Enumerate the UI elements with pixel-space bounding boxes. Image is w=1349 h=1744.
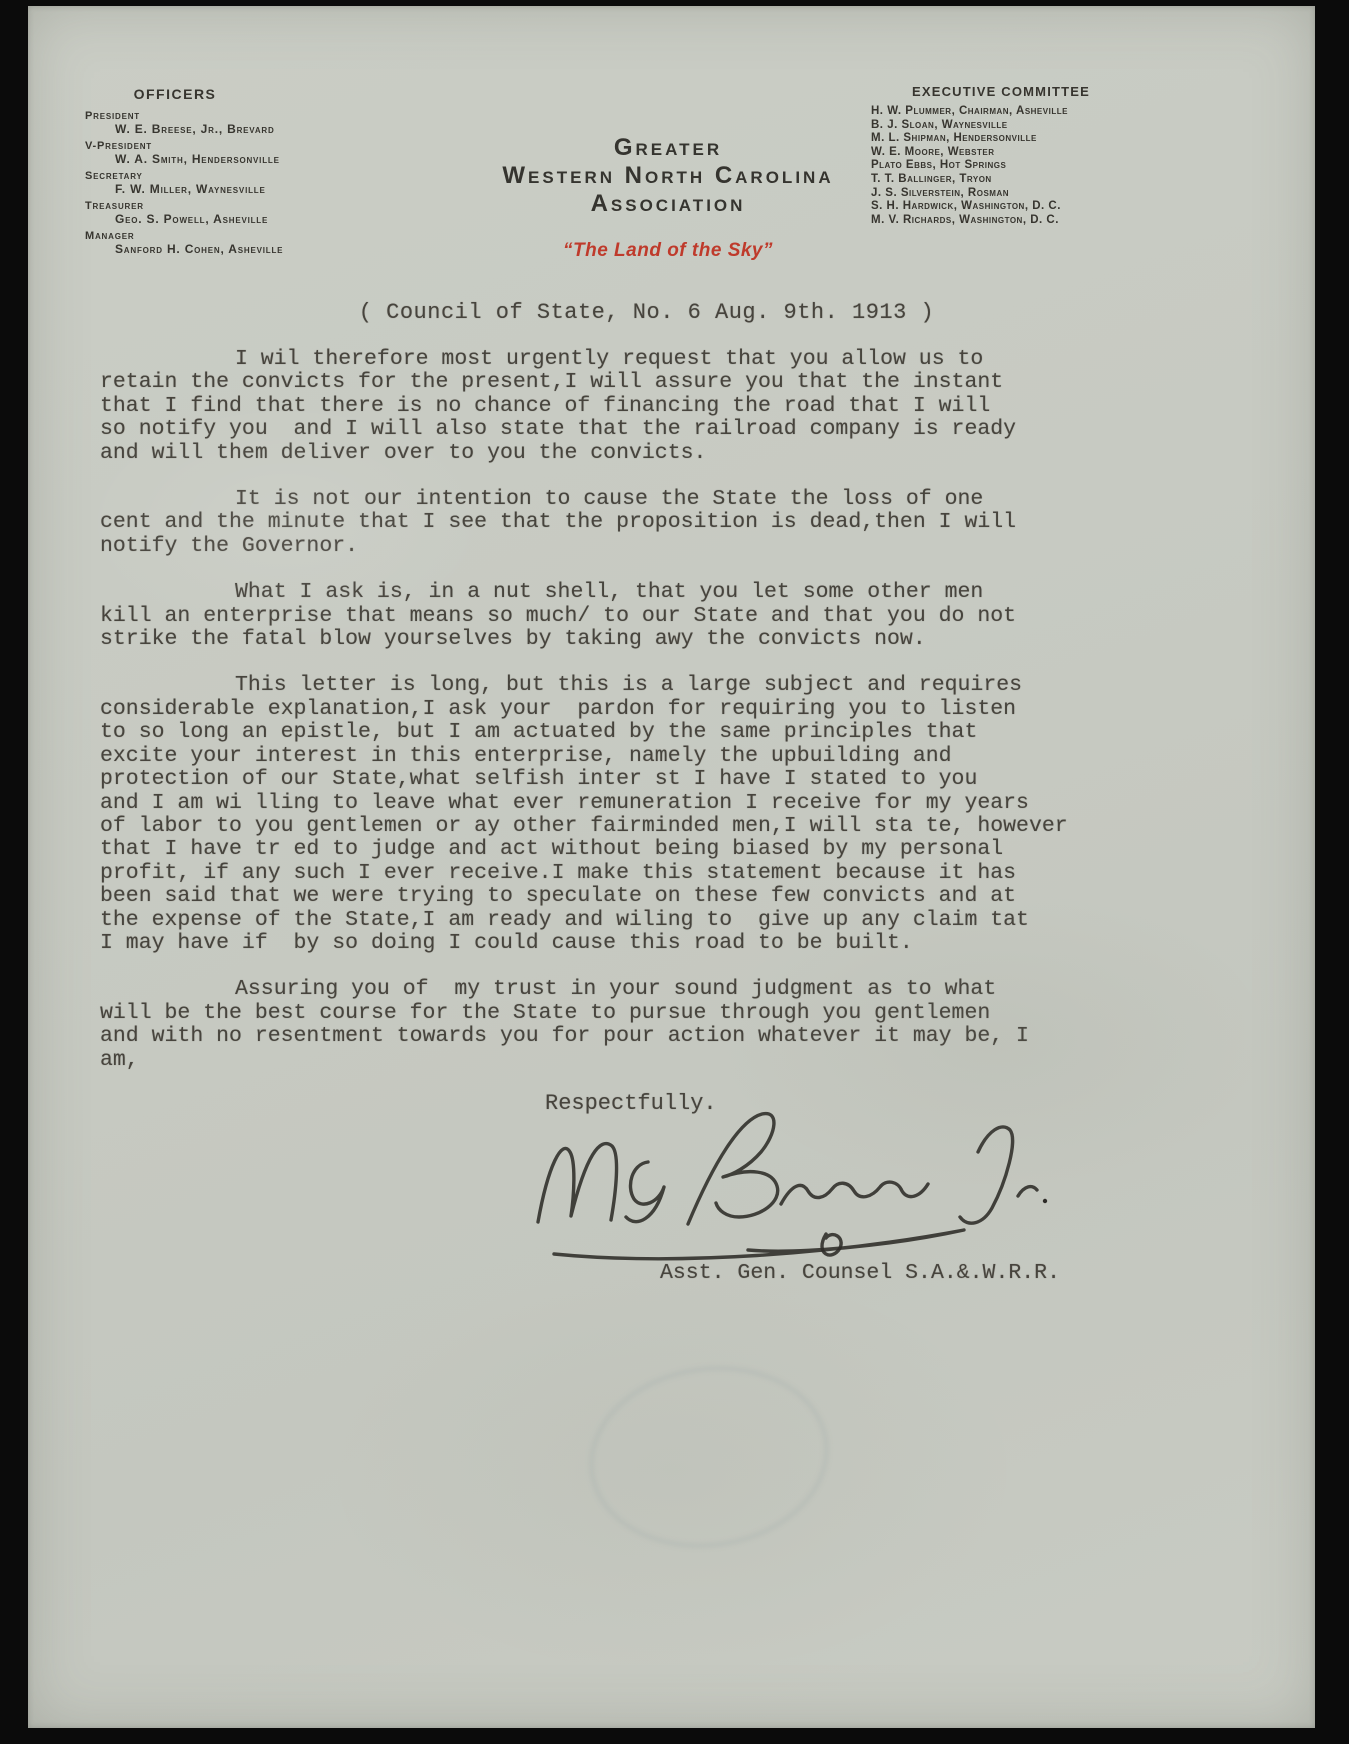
- committee-title: EXECUTIVE COMMITTEE: [871, 84, 1131, 99]
- scanned-document-frame: OFFICERS President W. E. Breese, Jr., Br…: [0, 0, 1349, 1744]
- paragraph-4: This letter is long, but this is a large…: [100, 674, 1100, 955]
- officer-name: Geo. S. Powell, Asheville: [85, 212, 325, 226]
- committee-member: J. S. Silverstein, Rosman: [871, 187, 1131, 201]
- handwritten-signature: [526, 1104, 1056, 1264]
- committee-member: M. V. Richards, Washington, D. C.: [871, 214, 1131, 228]
- paragraph-5: Assuring you of my trust in your sound j…: [100, 978, 1100, 1072]
- letter-page: OFFICERS President W. E. Breese, Jr., Br…: [28, 6, 1315, 1728]
- paragraph-3: What I ask is, in a nut shell, that you …: [100, 581, 1100, 651]
- committee-member: M. L. Shipman, Hendersonville: [871, 132, 1131, 146]
- officers-title: OFFICERS: [85, 86, 265, 102]
- officer-name: W. A. Smith, Hendersonville: [85, 152, 325, 166]
- officer-role: Manager: [85, 230, 325, 242]
- officer-name: F. W. Miller, Waynesville: [85, 182, 325, 196]
- executive-committee-block: EXECUTIVE COMMITTEE H. W. Plummer, Chair…: [871, 84, 1131, 227]
- officer-entry: Secretary F. W. Miller, Waynesville: [85, 170, 325, 196]
- committee-member: Plato Ebbs, Hot Springs: [871, 159, 1131, 173]
- officer-name: W. E. Breese, Jr., Brevard: [85, 122, 325, 136]
- letter-body: I wil therefore most urgently request th…: [100, 348, 1100, 1095]
- officer-role: V-President: [85, 140, 325, 152]
- officer-entry: Treasurer Geo. S. Powell, Asheville: [85, 200, 325, 226]
- officers-block: OFFICERS President W. E. Breese, Jr., Br…: [85, 86, 325, 260]
- officer-entry: V-President W. A. Smith, Hendersonville: [85, 140, 325, 166]
- paragraph-2: It is not our intention to cause the Sta…: [100, 488, 1100, 558]
- officer-role: Secretary: [85, 170, 325, 182]
- bleed-through-stamp-ghost: [577, 1350, 842, 1564]
- officer-name: Sanford H. Cohen, Asheville: [85, 242, 325, 256]
- signature-title: Asst. Gen. Counsel S.A.&.W.R.R.: [660, 1261, 1060, 1285]
- reference-line: ( Council of State, No. 6 Aug. 9th. 1913…: [3, 300, 1290, 325]
- committee-member: H. W. Plummer, Chairman, Asheville: [871, 105, 1131, 119]
- officer-role: Treasurer: [85, 200, 325, 212]
- committee-member: B. J. Sloan, Waynesville: [871, 119, 1131, 133]
- org-tagline: “The Land of the Sky”: [358, 240, 978, 262]
- committee-member: T. T. Ballinger, Tryon: [871, 173, 1131, 187]
- committee-member: W. E. Moore, Webster: [871, 146, 1131, 160]
- officer-entry: Manager Sanford H. Cohen, Asheville: [85, 230, 325, 256]
- committee-member: S. H. Hardwick, Washington, D. C.: [871, 200, 1131, 214]
- officer-entry: President W. E. Breese, Jr., Brevard: [85, 110, 325, 136]
- paragraph-1: I wil therefore most urgently request th…: [100, 348, 1100, 465]
- officer-role: President: [85, 110, 325, 122]
